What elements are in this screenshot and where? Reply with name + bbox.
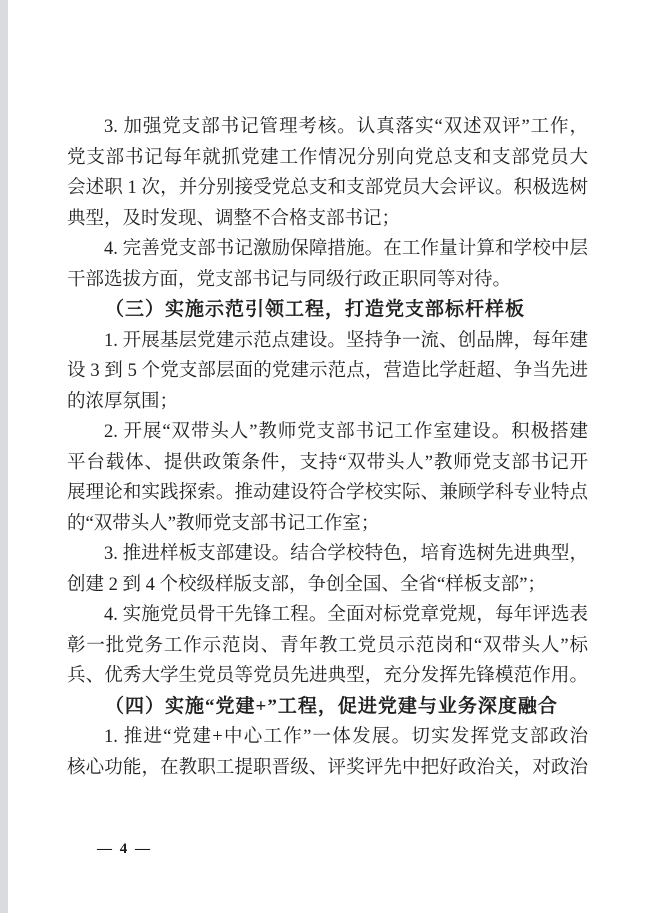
page-number: — 4 — bbox=[97, 838, 152, 860]
paragraph: 4. 完善党支部书记激励保障措施。在工作量计算和学校中层干部选拔方面，党支部书记… bbox=[67, 234, 588, 295]
paragraph: 2. 开展“双带头人”教师党支部书记工作室建设。积极搭建平台载体、提供政策条件，… bbox=[67, 417, 588, 539]
paragraph: 1. 开展基层党建示范点建设。坚持争一流、创品牌，每年建设 3 到 5 个党支部… bbox=[67, 326, 588, 418]
text-line: 设 3 到 5 个党支部层面的党建示范点，营造比学赶超、争当先进 bbox=[67, 356, 588, 387]
text-line: 4. 完善党支部书记激励保障措施。在工作量计算和学校中层 bbox=[67, 234, 588, 265]
text-line: 的浓厚氛围； bbox=[67, 387, 588, 418]
paragraph: 1. 推进“党建+中心工作”一体发展。切实发挥党支部政治核心功能，在教职工提职晋… bbox=[67, 722, 588, 783]
document-page: 3. 加强党支部书记管理考核。认真落实“双述双评”工作，党支部书记每年就抓党建工… bbox=[0, 0, 661, 913]
text-line: 展理论和实践探索。推动建设符合学校实际、兼顾学科专业特点 bbox=[67, 478, 588, 509]
paragraph: 3. 推进样板支部建设。结合学校特色，培育选树先进典型，创建 2 到 4 个校级… bbox=[67, 539, 588, 600]
text-line: 平台载体、提供政策条件，支持“双带头人”教师党支部书记开 bbox=[67, 448, 588, 479]
text-line: 党支部书记每年就抓党建工作情况分别向党总支和支部党员大 bbox=[67, 143, 588, 174]
text-line: 3. 推进样板支部建设。结合学校特色，培育选树先进典型， bbox=[67, 539, 588, 570]
text-line: 创建 2 到 4 个校级样版支部，争创全国、全省“样板支部”； bbox=[67, 570, 588, 601]
text-line: 核心功能，在教职工提职晋级、评奖评先中把好政治关，对政治 bbox=[67, 753, 588, 784]
text-line: （四）实施“党建+”工程，促进党建与业务深度融合 bbox=[67, 692, 588, 723]
text-line: 3. 加强党支部书记管理考核。认真落实“双述双评”工作， bbox=[67, 112, 588, 143]
text-line: 2. 开展“双带头人”教师党支部书记工作室建设。积极搭建 bbox=[67, 417, 588, 448]
text-line: 干部选拔方面，党支部书记与同级行政正职同等对待。 bbox=[67, 265, 588, 296]
text-line: 4. 实施党员骨干先锋工程。全面对标党章党规，每年评选表 bbox=[67, 600, 588, 631]
document-text-block: 3. 加强党支部书记管理考核。认真落实“双述双评”工作，党支部书记每年就抓党建工… bbox=[67, 112, 588, 783]
text-line: 1. 推进“党建+中心工作”一体发展。切实发挥党支部政治 bbox=[67, 722, 588, 753]
text-line: 会述职 1 次，并分别接受党总支和支部党员大会评议。积极选树 bbox=[67, 173, 588, 204]
scan-edge-shadow bbox=[0, 0, 8, 913]
section-heading: （四）实施“党建+”工程，促进党建与业务深度融合 bbox=[67, 692, 588, 723]
text-line: 典型，及时发现、调整不合格支部书记； bbox=[67, 204, 588, 235]
text-line: 彰一批党务工作示范岗、青年教工党员示范岗和“双带头人”标 bbox=[67, 631, 588, 662]
text-line: （三）实施示范引领工程，打造党支部标杆样板 bbox=[67, 295, 588, 326]
paragraph: 3. 加强党支部书记管理考核。认真落实“双述双评”工作，党支部书记每年就抓党建工… bbox=[67, 112, 588, 234]
section-heading: （三）实施示范引领工程，打造党支部标杆样板 bbox=[67, 295, 588, 326]
paragraph: 4. 实施党员骨干先锋工程。全面对标党章党规，每年评选表彰一批党务工作示范岗、青… bbox=[67, 600, 588, 692]
text-line: 兵、优秀大学生党员等党员先进典型，充分发挥先锋模范作用。 bbox=[67, 661, 588, 692]
text-line: 的“双带头人”教师党支部书记工作室； bbox=[67, 509, 588, 540]
text-line: 1. 开展基层党建示范点建设。坚持争一流、创品牌，每年建 bbox=[67, 326, 588, 357]
